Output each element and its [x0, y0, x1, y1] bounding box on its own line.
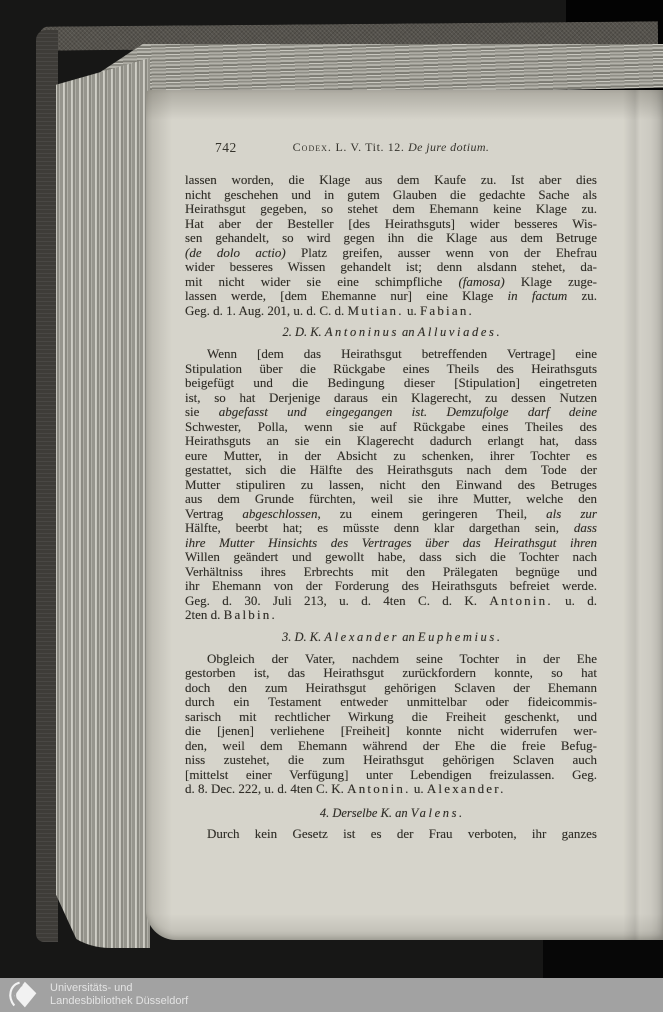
text-line: Hälfte, beerbt hat; es müsste denn klar …: [185, 521, 597, 536]
text-line: Geg. d. 30. Juli 213, u. d. 4ten C. d. K…: [185, 594, 597, 609]
text-line: Hat aber der Besteller [des Heirathsguts…: [185, 217, 597, 232]
page-number: 742: [215, 140, 237, 156]
running-header-citation: L. V. Tit. 12.: [332, 140, 408, 154]
section-heading: 3. D. K. Alexander an Euphemius.: [185, 630, 597, 645]
text-line: ihre Mutter Hinsichts des Vertrages über…: [185, 536, 597, 551]
text-line: Verhältniss ihres Erbrechts mit den Präl…: [185, 565, 597, 580]
text-line: Schwester, Polla, wenn sie auf Rückgabe …: [185, 420, 597, 435]
text-line: doch den zum Heirathsgut gehörigen Sclav…: [185, 681, 597, 696]
text-line: ist, so hat Derjenige daraus ein Klagere…: [185, 391, 597, 406]
text-line: Vertrag abgeschlossen, zu einem geringer…: [185, 507, 597, 522]
text-line: Heirathsguts an sie ein Klagerecht dadur…: [185, 434, 597, 449]
text-line: wider besseres Wissen gehandelt ist; den…: [185, 260, 597, 275]
text-line: gestorben ist, das Heirathsgut zurückfor…: [185, 666, 597, 681]
text-line: (de dolo actio) Platz greifen, ausser we…: [185, 246, 597, 261]
running-header-codex: Codex.: [293, 140, 332, 154]
text-line: die [jenen] verliehene [Freiheit] konnte…: [185, 724, 597, 739]
paragraph: Wenn [dem das Heirathsgut betreffenden V…: [185, 347, 597, 623]
text-line: Mutter stipuliren zu lassen, nicht den E…: [185, 478, 597, 493]
text-line: Obgleich der Vater, nachdem seine Tochte…: [185, 652, 597, 667]
paragraph: Obgleich der Vater, nachdem seine Tochte…: [185, 652, 597, 797]
text-line: ihr Ehemann von der Forderung des Heirat…: [185, 579, 597, 594]
text-line: sen gehandelt, so wird gegen ihn die Kla…: [185, 231, 597, 246]
gutter-crease: [623, 90, 663, 940]
text-line: den, weil dem Ehemann während der Ehe di…: [185, 739, 597, 754]
running-header-row: 742 Codex. L. V. Tit. 12. De jure dotium…: [185, 140, 597, 156]
text-line: Stipulation über die Rückgabe eines Thei…: [185, 362, 597, 377]
library-name-line2: Landesbibliothek Düsseldorf: [50, 995, 188, 1008]
text-line: Willen geändert und gewollt habe, dass s…: [185, 550, 597, 565]
text-line: mit nicht wider sie eine schimpfliche (f…: [185, 275, 597, 290]
library-name: Universitäts- und Landesbibliothek Düsse…: [50, 982, 188, 1008]
running-header-title: De jure dotium.: [408, 140, 489, 154]
text-line: 2ten d. Balbin.: [185, 608, 597, 623]
text-line: Heirathsgut gegeben, so stehet dem Ehema…: [185, 202, 597, 217]
text-line: eure Mutter, in der Absicht zu schenken,…: [185, 449, 597, 464]
page-text-content: lassen worden, die Klage aus dem Kaufe z…: [185, 173, 597, 841]
text-line: Wenn [dem das Heirathsgut betreffenden V…: [185, 347, 597, 362]
text-line: Geg. d. 1. Aug. 201, u. d. C. d. Mutian.…: [185, 304, 597, 319]
library-footer-bar: Universitäts- und Landesbibliothek Düsse…: [0, 978, 663, 1012]
text-line: lassen worden, die Klage aus dem Kaufe z…: [185, 173, 597, 188]
text-line: [mittelst einer Verfügung] unter Lebendi…: [185, 768, 597, 783]
text-line: gestattet, sich die Hälfte des Heirathsg…: [185, 463, 597, 478]
book-page: 742 Codex. L. V. Tit. 12. De jure dotium…: [146, 90, 663, 940]
paragraph: Durch kein Gesetz ist es der Frau verbot…: [185, 827, 597, 842]
text-line: beigefügt und die Bedingung dieser [Stip…: [185, 376, 597, 391]
section-heading: 4. Derselbe K. an Valens.: [185, 806, 597, 821]
book-cover-left-edge: [36, 30, 58, 942]
text-line: durch ein Testament entweder unmittelbar…: [185, 695, 597, 710]
text-line: lassen werde, [dem Ehemanne nur] eine Kl…: [185, 289, 597, 304]
text-line: d. 8. Dec. 222, u. d. 4ten C. K. Antonin…: [185, 782, 597, 797]
text-line: aus dem Grunde fürchten, weil sie ihre M…: [185, 492, 597, 507]
library-logo-icon: [6, 980, 42, 1010]
running-header: Codex. L. V. Tit. 12. De jure dotium.: [185, 140, 597, 155]
paragraph: lassen worden, die Klage aus dem Kaufe z…: [185, 173, 597, 318]
text-line: niss zustehet, die zum Heirathsgut gehör…: [185, 753, 597, 768]
text-line: sie abgefasst und eingegangen ist. Demzu…: [185, 405, 597, 420]
book-scan-photo: 742 Codex. L. V. Tit. 12. De jure dotium…: [0, 0, 663, 1012]
text-line: Durch kein Gesetz ist es der Frau verbot…: [185, 827, 597, 842]
section-heading: 2. D. K. Antoninus an Alluviades.: [185, 325, 597, 340]
text-line: nicht geschehen und in gutem Glauben die…: [185, 188, 597, 203]
library-name-line1: Universitäts- und: [50, 982, 188, 995]
page-edges-left-stack: [56, 58, 150, 948]
text-line: sarisch mit rechtlicher Wirkung die Frei…: [185, 710, 597, 725]
